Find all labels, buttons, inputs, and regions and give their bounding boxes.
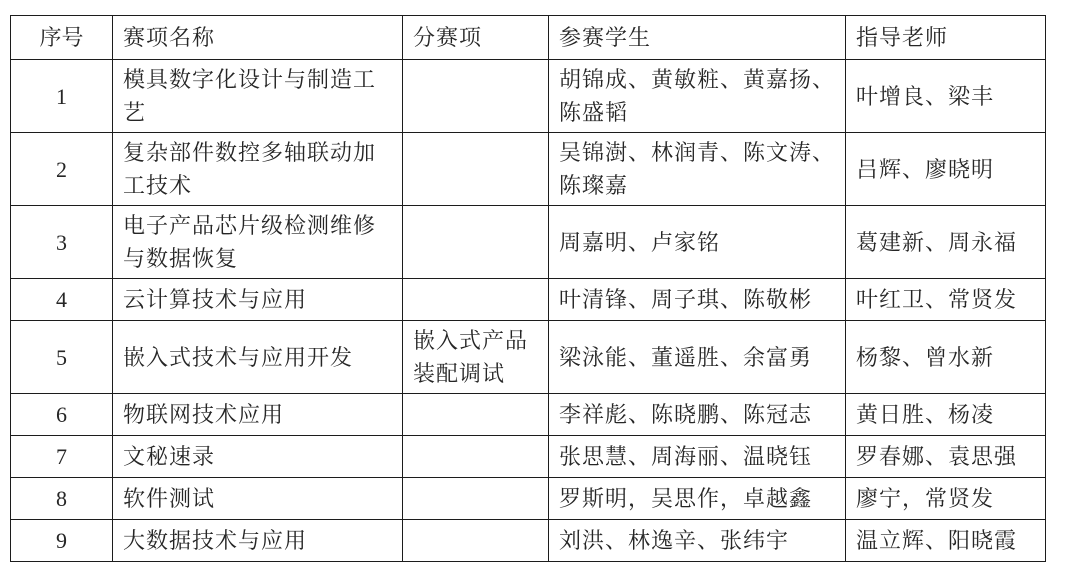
cell-teachers: 叶增良、梁丰 [846,60,1046,133]
cell-sub-event: 嵌入式产品装配调试 [403,321,549,394]
cell-students: 李祥彪、陈晓鹏、陈冠志 [549,394,846,436]
cell-students: 胡锦成、黄敏粧、黄嘉扬、陈盛韬 [549,60,846,133]
cell-sub-event [403,478,549,520]
cell-students: 张思慧、周海丽、温晓钰 [549,436,846,478]
cell-sub-event [403,394,549,436]
cell-students: 吴锦澍、林润青、陈文涛、陈璨嘉 [549,133,846,206]
table-row: 3 电子产品芯片级检测维修与数据恢复 周嘉明、卢家铭 葛建新、周永福 [11,206,1046,279]
cell-event: 大数据技术与应用 [113,520,403,562]
cell-event: 云计算技术与应用 [113,279,403,321]
table-row: 6 物联网技术应用 李祥彪、陈晓鹏、陈冠志 黄日胜、杨凌 [11,394,1046,436]
cell-students: 刘洪、林逸辛、张纬宇 [549,520,846,562]
cell-event: 软件测试 [113,478,403,520]
cell-event: 文秘速录 [113,436,403,478]
cell-teachers: 罗春娜、袁思强 [846,436,1046,478]
cell-event: 电子产品芯片级检测维修与数据恢复 [113,206,403,279]
table-row: 8 软件测试 罗斯明，吴思作，卓越鑫 廖宁，常贤发 [11,478,1046,520]
cell-teachers: 温立辉、阳晓霞 [846,520,1046,562]
cell-no: 6 [11,394,113,436]
table-row: 7 文秘速录 张思慧、周海丽、温晓钰 罗春娜、袁思强 [11,436,1046,478]
header-event: 赛项名称 [113,16,403,60]
header-no: 序号 [11,16,113,60]
cell-sub-event [403,206,549,279]
cell-no: 7 [11,436,113,478]
header-teachers: 指导老师 [846,16,1046,60]
header-sub-event: 分赛项 [403,16,549,60]
cell-event: 物联网技术应用 [113,394,403,436]
cell-students: 叶清锋、周子琪、陈敬彬 [549,279,846,321]
header-students: 参赛学生 [549,16,846,60]
cell-no: 5 [11,321,113,394]
cell-sub-event [403,520,549,562]
cell-teachers: 叶红卫、常贤发 [846,279,1046,321]
cell-students: 罗斯明，吴思作，卓越鑫 [549,478,846,520]
cell-sub-event [403,60,549,133]
table-row: 9 大数据技术与应用 刘洪、林逸辛、张纬宇 温立辉、阳晓霞 [11,520,1046,562]
document-page: 序号 赛项名称 分赛项 参赛学生 指导老师 1 模具数字化设计与制造工艺 胡锦成… [0,0,1065,579]
cell-event: 嵌入式技术与应用开发 [113,321,403,394]
table-row: 2 复杂部件数控多轴联动加工技术 吴锦澍、林润青、陈文涛、陈璨嘉 吕辉、廖晓明 [11,133,1046,206]
cell-teachers: 吕辉、廖晓明 [846,133,1046,206]
cell-teachers: 杨黎、曾水新 [846,321,1046,394]
cell-sub-event [403,133,549,206]
cell-sub-event [403,279,549,321]
competition-roster-table: 序号 赛项名称 分赛项 参赛学生 指导老师 1 模具数字化设计与制造工艺 胡锦成… [10,15,1046,562]
cell-no: 8 [11,478,113,520]
cell-event: 模具数字化设计与制造工艺 [113,60,403,133]
cell-no: 9 [11,520,113,562]
cell-students: 周嘉明、卢家铭 [549,206,846,279]
cell-no: 3 [11,206,113,279]
cell-no: 4 [11,279,113,321]
cell-teachers: 葛建新、周永福 [846,206,1046,279]
table-header-row: 序号 赛项名称 分赛项 参赛学生 指导老师 [11,16,1046,60]
cell-no: 1 [11,60,113,133]
cell-event: 复杂部件数控多轴联动加工技术 [113,133,403,206]
table-row: 4 云计算技术与应用 叶清锋、周子琪、陈敬彬 叶红卫、常贤发 [11,279,1046,321]
table-row: 1 模具数字化设计与制造工艺 胡锦成、黄敏粧、黄嘉扬、陈盛韬 叶增良、梁丰 [11,60,1046,133]
cell-no: 2 [11,133,113,206]
cell-teachers: 黄日胜、杨凌 [846,394,1046,436]
table-row: 5 嵌入式技术与应用开发 嵌入式产品装配调试 梁泳能、董遥胜、余富勇 杨黎、曾水… [11,321,1046,394]
cell-teachers: 廖宁，常贤发 [846,478,1046,520]
cell-sub-event [403,436,549,478]
cell-students: 梁泳能、董遥胜、余富勇 [549,321,846,394]
